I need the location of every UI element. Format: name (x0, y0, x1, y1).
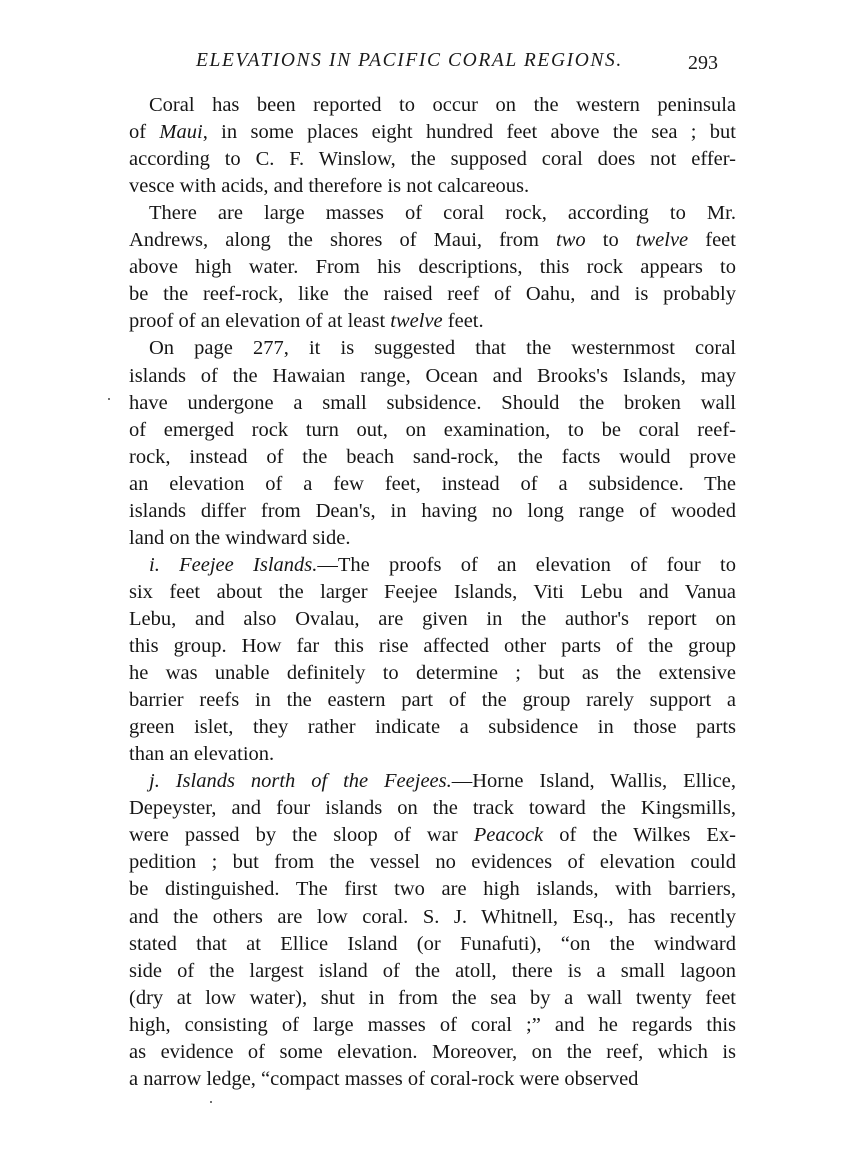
italic-run: two (556, 229, 586, 251)
text-line: high, consisting of large masses of cora… (129, 1012, 736, 1039)
text-run: There are large masses of coral rock, ac… (149, 202, 736, 224)
text-line: and the others are low coral. S. J. Whit… (129, 904, 736, 931)
text-run: proof of an elevation of at least (129, 310, 390, 332)
text-run: feet. (443, 310, 484, 332)
text-line: stated that at Ellice Island (or Funafut… (129, 931, 736, 958)
italic-run: twelve (390, 310, 442, 332)
text-run: rock, instead of the beach sand-rock, th… (129, 446, 736, 468)
text-run: —The proofs of an elevation of four to (317, 554, 736, 576)
italic-run: Maui (159, 121, 202, 143)
text-run: than an elevation. (129, 743, 274, 765)
text-run: vesce with acids, and therefore is not c… (129, 175, 529, 197)
text-run: green islet, they rather indicate a subs… (129, 716, 736, 738)
text-run: above high water. From his descriptions,… (129, 256, 736, 278)
text-line: green islet, they rather indicate a subs… (129, 714, 736, 741)
text-line: Lebu, and also Ovalau, are given in the … (129, 606, 736, 633)
text-line: as evidence of some elevation. Moreover,… (129, 1039, 736, 1066)
text-line: be distinguished. The first two are high… (129, 876, 736, 903)
text-line: of emerged rock turn out, on examination… (129, 417, 736, 444)
text-run: be the reef-rock, like the raised reef o… (129, 283, 736, 305)
text-line: pedition ; but from the vessel no eviden… (129, 849, 736, 876)
page-number: 293 (688, 52, 718, 75)
text-run: , in some places eight hundred feet abov… (203, 121, 736, 143)
text-run: a narrow ledge, “compact masses of coral… (129, 1068, 638, 1090)
text-line: vesce with acids, and therefore is not c… (129, 173, 736, 200)
text-run: Coral has been reported to occur on the … (149, 94, 736, 116)
text-line: j. Islands north of the Feejees.—Horne I… (149, 768, 736, 795)
text-run: Andrews, along the shores of Maui, from (129, 229, 556, 251)
text-line: i. Feejee Islands.—The proofs of an elev… (149, 552, 736, 579)
italic-run: j. Islands north of the Feejees. (149, 770, 452, 792)
text-line: were passed by the sloop of war Peacock … (129, 822, 736, 849)
text-run: high, consisting of large masses of cora… (129, 1014, 736, 1036)
text-run: (dry at low water), shut in from the sea… (129, 987, 736, 1009)
text-line: than an elevation. (129, 741, 736, 768)
scan-speck (210, 1101, 212, 1103)
italic-run: Peacock (474, 824, 543, 846)
text-line: There are large masses of coral rock, ac… (149, 200, 736, 227)
running-head-title: ELEVATIONS IN PACIFIC CORAL REGIONS. (196, 50, 623, 72)
text-run: land on the windward side. (129, 527, 350, 549)
text-line: islands differ from Dean's, in having no… (129, 498, 736, 525)
italic-run: twelve (636, 229, 688, 251)
text-run: an elevation of a few feet, instead of a… (129, 473, 736, 495)
text-run: six feet about the larger Feejee Islands… (129, 581, 736, 603)
book-page: ELEVATIONS IN PACIFIC CORAL REGIONS. 293… (0, 0, 850, 1150)
text-run: he was unable definitely to determine ; … (129, 662, 736, 684)
text-line: land on the windward side. (129, 525, 736, 552)
text-line: Coral has been reported to occur on the … (149, 92, 736, 119)
text-run: stated that at Ellice Island (or Funafut… (129, 933, 736, 955)
text-run: Depeyster, and four islands on the track… (129, 797, 736, 819)
text-line: islands of the Hawaian range, Ocean and … (129, 363, 736, 390)
text-line: Depeyster, and four islands on the track… (129, 795, 736, 822)
text-line: six feet about the larger Feejee Islands… (129, 579, 736, 606)
text-run: were passed by the sloop of war (129, 824, 474, 846)
text-run: according to C. F. Winslow, the supposed… (129, 148, 736, 170)
text-run: of the Wilkes Ex- (543, 824, 736, 846)
text-run: to (586, 229, 636, 251)
text-run: have undergone a small subsidence. Shoul… (129, 392, 736, 414)
text-line: an elevation of a few feet, instead of a… (129, 471, 736, 498)
text-run: Lebu, and also Ovalau, are given in the … (129, 608, 736, 630)
text-run: of (129, 121, 159, 143)
text-run: of emerged rock turn out, on examination… (129, 419, 736, 441)
text-line: of Maui, in some places eight hundred fe… (129, 119, 736, 146)
text-run: and the others are low coral. S. J. Whit… (129, 906, 736, 928)
text-line: (dry at low water), shut in from the sea… (129, 985, 736, 1012)
text-run: islands of the Hawaian range, Ocean and … (129, 365, 736, 387)
text-line: On page 277, it is suggested that the we… (149, 335, 736, 362)
text-run: pedition ; but from the vessel no eviden… (129, 851, 736, 873)
text-line: have undergone a small subsidence. Shoul… (129, 390, 736, 417)
text-run: islands differ from Dean's, in having no… (129, 500, 736, 522)
text-run: —Horne Island, Wallis, Ellice, (452, 770, 736, 792)
text-line: Andrews, along the shores of Maui, from … (129, 227, 736, 254)
text-run: On page 277, it is suggested that the we… (149, 337, 736, 359)
italic-run: i. Feejee Islands. (149, 554, 317, 576)
text-run: be distinguished. The first two are high… (129, 878, 736, 900)
text-line: he was unable definitely to determine ; … (129, 660, 736, 687)
text-line: above high water. From his descriptions,… (129, 254, 736, 281)
text-line: this group. How far this rise affected o… (129, 633, 736, 660)
text-run: as evidence of some elevation. Moreover,… (129, 1041, 736, 1063)
text-line: a narrow ledge, “compact masses of coral… (129, 1066, 736, 1093)
text-line: proof of an elevation of at least twelve… (129, 308, 736, 335)
text-run: side of the largest island of the atoll,… (129, 960, 736, 982)
text-line: side of the largest island of the atoll,… (129, 958, 736, 985)
text-run: feet (688, 229, 736, 251)
scan-speck (108, 398, 110, 400)
text-run: this group. How far this rise affected o… (129, 635, 736, 657)
text-line: rock, instead of the beach sand-rock, th… (129, 444, 736, 471)
text-line: barrier reefs in the eastern part of the… (129, 687, 736, 714)
text-run: barrier reefs in the eastern part of the… (129, 689, 736, 711)
text-line: according to C. F. Winslow, the supposed… (129, 146, 736, 173)
text-line: be the reef-rock, like the raised reef o… (129, 281, 736, 308)
